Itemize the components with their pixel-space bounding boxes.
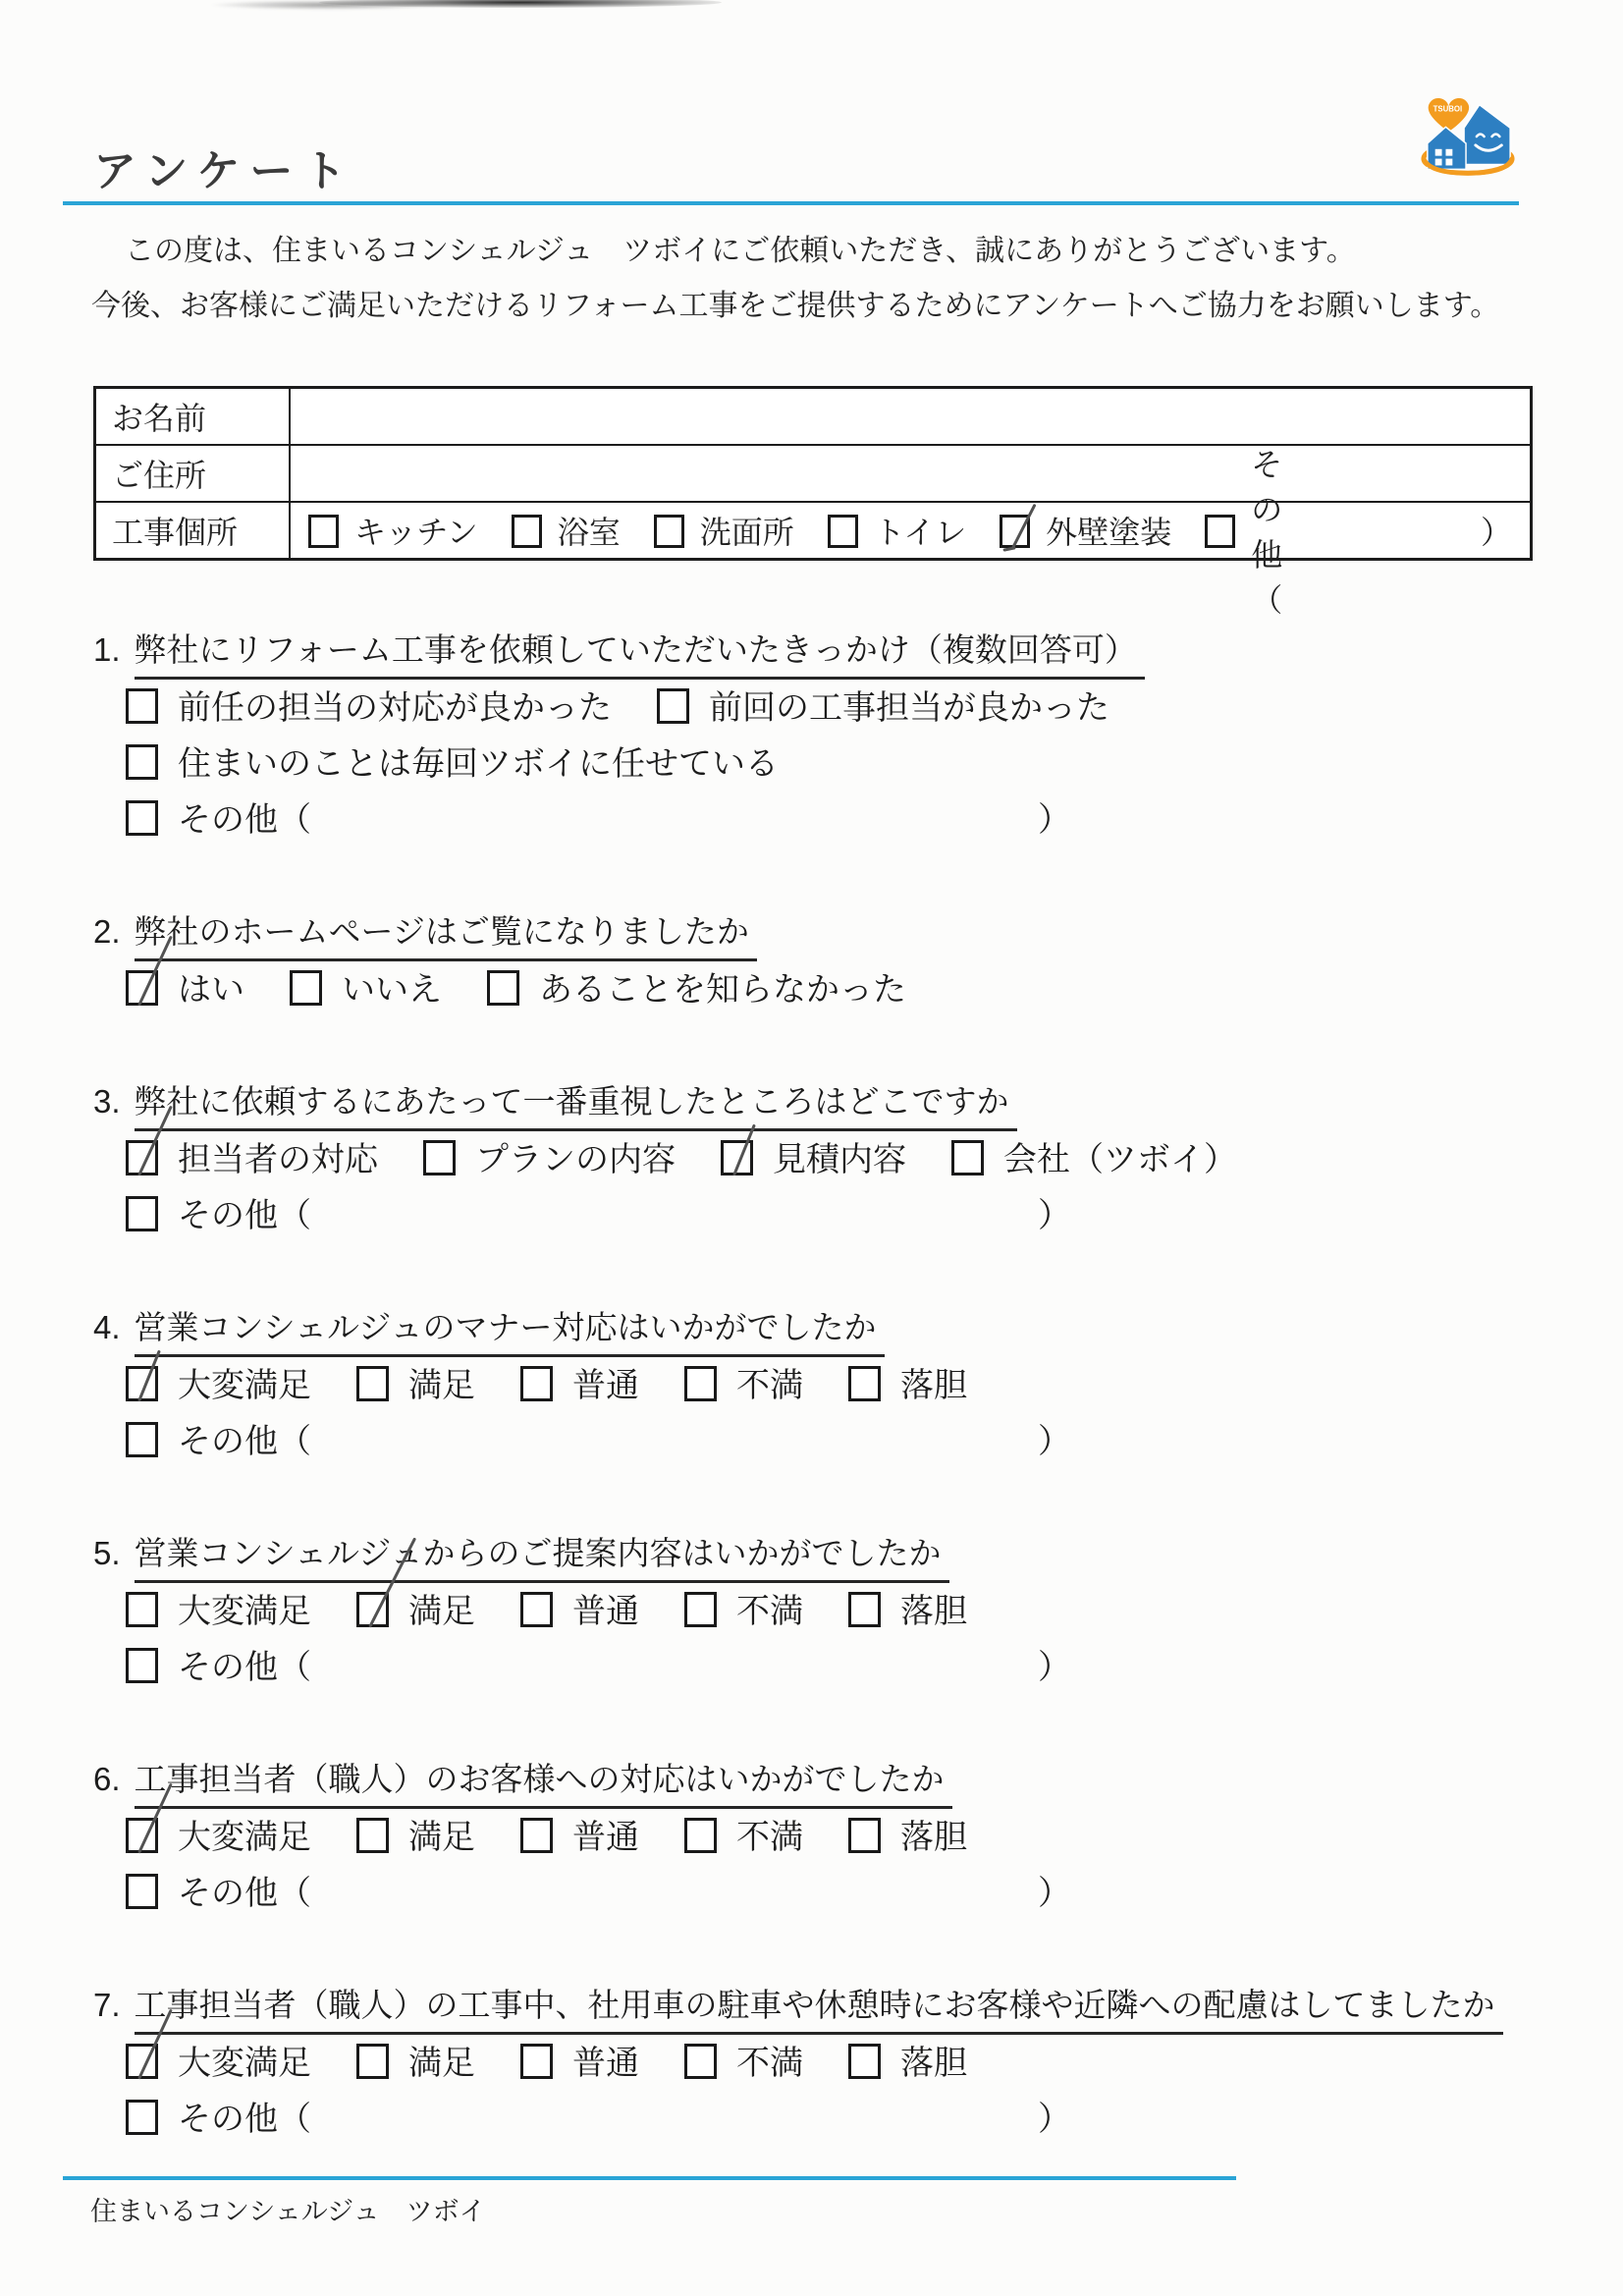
option-row: その他（） [126, 1640, 1071, 1688]
question-title: 工事担当者（職人）の工事中、社用車の駐車や休憩時にお客様や近隣への配慮はしてまし… [135, 1980, 1503, 2035]
checkbox[interactable] [1205, 515, 1235, 548]
option-label: トイレ [874, 508, 966, 553]
worksite-options: キッチン浴室洗面所トイレ外壁塗装その他（） [291, 503, 1530, 558]
intro-line-2: 今後、お客様にご満足いただけるリフォーム工事をご提供するためにアンケートへご協力… [91, 281, 1499, 324]
close-paren: ） [1038, 1640, 1071, 1688]
option-label: キッチン [354, 508, 478, 553]
survey-option: 普通 [520, 2036, 639, 2084]
option-label: 不満 [736, 2036, 803, 2084]
option-label: 満足 [408, 1584, 475, 1632]
option-label: あることを知らなかった [539, 962, 906, 1011]
option-label: 見積内容 [773, 1132, 906, 1180]
pen-check-mark [1011, 504, 1036, 549]
option-label: 大変満足 [178, 1810, 311, 1858]
footer-company-name: 住まいるコンシェルジュ ツボイ [90, 2190, 486, 2228]
option-label: 普通 [572, 1358, 639, 1406]
checkbox[interactable] [487, 970, 519, 1006]
option-label: 落胆 [900, 1358, 967, 1406]
option-label: プランの内容 [475, 1132, 676, 1180]
option-row: その他（） [126, 2092, 1071, 2140]
svg-text:TSUBOI: TSUBOI [1434, 105, 1463, 114]
address-label: ご住所 [96, 446, 291, 501]
checkbox[interactable] [126, 1422, 158, 1457]
checkbox[interactable] [308, 515, 339, 548]
option-row: 大変満足満足普通不満落胆 [126, 2036, 967, 2084]
option-label: 普通 [572, 1584, 639, 1632]
option-row: その他（） [126, 1414, 1071, 1462]
question-title-line: 4.営業コンシェルジュのマナー対応はいかがでしたか [93, 1302, 885, 1357]
option-label: 前回の工事担当が良かった [709, 681, 1109, 729]
checkbox[interactable] [520, 2044, 553, 2079]
survey-option: 満足 [356, 1358, 475, 1406]
option-row: その他（） [126, 1866, 1071, 1914]
question-number: 7. [93, 1987, 121, 2024]
option-label: 落胆 [900, 1584, 967, 1632]
survey-option: 大変満足 [126, 1358, 311, 1406]
tsuboi-logo-icon: TSUBOI [1420, 94, 1516, 185]
survey-option: 住まいのことは毎回ツボイに任せている [126, 737, 779, 785]
option-label: 不満 [736, 1358, 803, 1406]
option-row: 大変満足満足普通不満落胆 [126, 1584, 967, 1632]
option-label: 落胆 [900, 1810, 967, 1858]
option-label: 不満 [736, 1584, 803, 1632]
option-label: 会社（ツボイ） [1003, 1132, 1237, 1180]
checkbox[interactable] [126, 1592, 158, 1627]
question-title-line: 1.弊社にリフォーム工事を依頼していただいたきっかけ（複数回答可） [93, 625, 1145, 680]
question-title: 弊社に依頼するにあたって一番重視したところはどこですか [135, 1076, 1017, 1131]
checkbox[interactable] [126, 1140, 158, 1175]
close-paren: ） [1481, 508, 1512, 553]
checkbox[interactable] [657, 688, 689, 724]
survey-option: 不満 [684, 2036, 803, 2084]
survey-option: その他（） [126, 1640, 1071, 1688]
checkbox[interactable] [356, 1366, 389, 1401]
survey-option: トイレ [828, 508, 966, 553]
question-title-line: 2.弊社のホームページはご覧になりましたか [93, 906, 757, 961]
survey-option: その他（） [1205, 440, 1512, 621]
question-title: 工事担当者（職人）のお客様への対応はいかがでしたか [135, 1754, 952, 1809]
option-label: 満足 [408, 2036, 475, 2084]
option-label: 前任の担当の対応が良かった [178, 681, 612, 729]
option-label: その他（ [178, 1414, 311, 1462]
question-number: 1. [93, 631, 121, 669]
checkbox[interactable] [654, 515, 684, 548]
option-label: 担当者の対応 [178, 1132, 378, 1180]
survey-option: キッチン [308, 508, 478, 553]
checkbox[interactable] [828, 515, 858, 548]
option-row: その他（） [126, 1188, 1071, 1236]
checkbox[interactable] [126, 1366, 158, 1401]
checkbox[interactable] [721, 1140, 753, 1175]
question-title-line: 3.弊社に依頼するにあたって一番重視したところはどこですか [93, 1076, 1017, 1131]
survey-option: 見積内容 [721, 1132, 906, 1180]
option-label: その他（ [1251, 440, 1302, 621]
survey-option: 落胆 [848, 2036, 967, 2084]
option-label: その他（ [178, 1188, 311, 1236]
checkbox[interactable] [126, 1648, 158, 1683]
checkbox[interactable] [1000, 515, 1030, 548]
survey-option: はい [126, 962, 244, 1011]
worksite-row: 工事個所 キッチン浴室洗面所トイレ外壁塗装その他（） [96, 503, 1530, 558]
survey-option: 会社（ツボイ） [951, 1132, 1237, 1180]
checkbox[interactable] [126, 744, 158, 780]
survey-option: 不満 [684, 1358, 803, 1406]
survey-option: 大変満足 [126, 1584, 311, 1632]
checkbox[interactable] [848, 2044, 881, 2079]
question-number: 5. [93, 1535, 121, 1572]
checkbox[interactable] [126, 2100, 158, 2135]
page-title: アンケート [93, 136, 355, 198]
checkbox[interactable] [126, 1874, 158, 1909]
option-label: 住まいのことは毎回ツボイに任せている [178, 737, 779, 785]
survey-option: その他（） [126, 1188, 1071, 1236]
option-label: いいえ [342, 962, 442, 1011]
option-label: 大変満足 [178, 1584, 311, 1632]
question-title: 営業コンシェルジュのマナー対応はいかがでしたか [135, 1302, 885, 1357]
checkbox[interactable] [423, 1140, 456, 1175]
question-title: 弊社にリフォーム工事を依頼していただいたきっかけ（複数回答可） [135, 625, 1145, 680]
option-label: 大変満足 [178, 1358, 311, 1406]
survey-option: 落胆 [848, 1358, 967, 1406]
option-label: 浴室 [558, 508, 621, 553]
option-label: 落胆 [900, 2036, 967, 2084]
checkbox[interactable] [356, 2044, 389, 2079]
checkbox[interactable] [126, 2044, 158, 2079]
survey-option: 浴室 [512, 508, 621, 553]
option-label: 洗面所 [700, 508, 794, 553]
survey-option: 落胆 [848, 1810, 967, 1858]
checkbox[interactable] [848, 1366, 881, 1401]
survey-option: 大変満足 [126, 2036, 311, 2084]
intro-line-1: この度は、住まいるコンシェルジュ ツボイにご依頼いただき、誠にありがとうございま… [125, 226, 1356, 269]
question-number: 4. [93, 1309, 121, 1346]
checkbox[interactable] [126, 800, 158, 836]
question-title: 営業コンシェルジュからのご提案内容はいかがでしたか [135, 1528, 949, 1583]
name-label: お名前 [96, 389, 291, 444]
checkbox[interactable] [684, 2044, 717, 2079]
survey-option: あることを知らなかった [487, 962, 906, 1011]
survey-option: その他（） [126, 1866, 1071, 1914]
checkbox[interactable] [951, 1140, 984, 1175]
checkbox[interactable] [356, 1592, 389, 1627]
option-label: 不満 [736, 1810, 803, 1858]
checkbox[interactable] [356, 1818, 389, 1853]
checkbox[interactable] [684, 1818, 717, 1853]
question-title-line: 5.営業コンシェルジュからのご提案内容はいかがでしたか [93, 1528, 949, 1583]
survey-page: アンケート TSUBOI この度は、住まいるコンシェルジュ ツボイにご依頼いただ… [0, 0, 1623, 2296]
checkbox[interactable] [126, 1818, 158, 1853]
question-title-line: 6.工事担当者（職人）のお客様への対応はいかがでしたか [93, 1754, 952, 1809]
option-label: 大変満足 [178, 2036, 311, 2084]
close-paren: ） [1038, 1414, 1071, 1462]
close-paren: ） [1038, 1188, 1071, 1236]
option-row: はいいいえあることを知らなかった [126, 962, 906, 1011]
option-label: その他（ [178, 1640, 311, 1688]
checkbox[interactable] [126, 688, 158, 724]
close-paren: ） [1038, 2092, 1071, 2140]
survey-option: 外壁塗装 [1000, 508, 1171, 553]
checkbox[interactable] [684, 1366, 717, 1401]
option-row: 住まいのことは毎回ツボイに任せている [126, 737, 779, 785]
option-label: その他（ [178, 793, 311, 841]
survey-option: 普通 [520, 1810, 639, 1858]
option-label: その他（ [178, 1866, 311, 1914]
header-divider [63, 201, 1519, 205]
question-number: 6. [93, 1761, 121, 1798]
question-number: 3. [93, 1083, 121, 1121]
survey-option: 前回の工事担当が良かった [657, 681, 1109, 729]
survey-option: 落胆 [848, 1584, 967, 1632]
option-label: 普通 [572, 1810, 639, 1858]
question-number: 2. [93, 913, 121, 951]
checkbox[interactable] [512, 515, 542, 548]
survey-option: 不満 [684, 1584, 803, 1632]
checkbox[interactable] [126, 970, 158, 1006]
survey-option: 満足 [356, 1810, 475, 1858]
name-row: お名前 [96, 389, 1530, 446]
worksite-label: 工事個所 [96, 503, 291, 558]
option-row: 担当者の対応プランの内容見積内容会社（ツボイ） [126, 1132, 1237, 1180]
option-label: 外壁塗装 [1046, 508, 1171, 553]
checkbox[interactable] [520, 1366, 553, 1401]
survey-option: 前任の担当の対応が良かった [126, 681, 612, 729]
option-row: 大変満足満足普通不満落胆 [126, 1810, 967, 1858]
survey-option: プランの内容 [423, 1132, 676, 1180]
survey-option: 普通 [520, 1358, 639, 1406]
survey-option: 満足 [356, 1584, 475, 1632]
checkbox[interactable] [520, 1592, 553, 1627]
option-label: 満足 [408, 1358, 475, 1406]
survey-option: 普通 [520, 1584, 639, 1632]
option-label: その他（ [178, 2092, 311, 2140]
checkbox[interactable] [520, 1818, 553, 1853]
survey-option: 大変満足 [126, 1810, 311, 1858]
option-row: 大変満足満足普通不満落胆 [126, 1358, 967, 1406]
name-value-field[interactable] [291, 389, 1530, 444]
question-title-line: 7.工事担当者（職人）の工事中、社用車の駐車や休憩時にお客様や近隣への配慮はして… [93, 1980, 1503, 2035]
survey-option: 満足 [356, 2036, 475, 2084]
option-label: 普通 [572, 2036, 639, 2084]
survey-option: いいえ [290, 962, 442, 1011]
survey-option: その他（） [126, 793, 1071, 841]
checkbox[interactable] [684, 1592, 717, 1627]
survey-option: 不満 [684, 1810, 803, 1858]
survey-option: その他（） [126, 1414, 1071, 1462]
checkbox[interactable] [126, 1196, 158, 1231]
survey-option: その他（） [126, 2092, 1071, 2140]
close-paren: ） [1038, 1866, 1071, 1914]
close-paren: ） [1038, 793, 1071, 841]
question-title: 弊社のホームページはご覧になりましたか [135, 906, 757, 961]
option-label: はい [178, 962, 244, 1011]
option-row: 前任の担当の対応が良かった前回の工事担当が良かった [126, 681, 1109, 729]
survey-option: 担当者の対応 [126, 1132, 378, 1180]
survey-option: 洗面所 [654, 508, 794, 553]
info-table: お名前 ご住所 工事個所 キッチン浴室洗面所トイレ外壁塗装その他（） [93, 386, 1533, 561]
checkbox[interactable] [848, 1818, 881, 1853]
checkbox[interactable] [848, 1592, 881, 1627]
checkbox[interactable] [290, 970, 322, 1006]
option-row: その他（） [126, 793, 1071, 841]
footer-divider [63, 2176, 1236, 2180]
option-label: 満足 [408, 1810, 475, 1858]
